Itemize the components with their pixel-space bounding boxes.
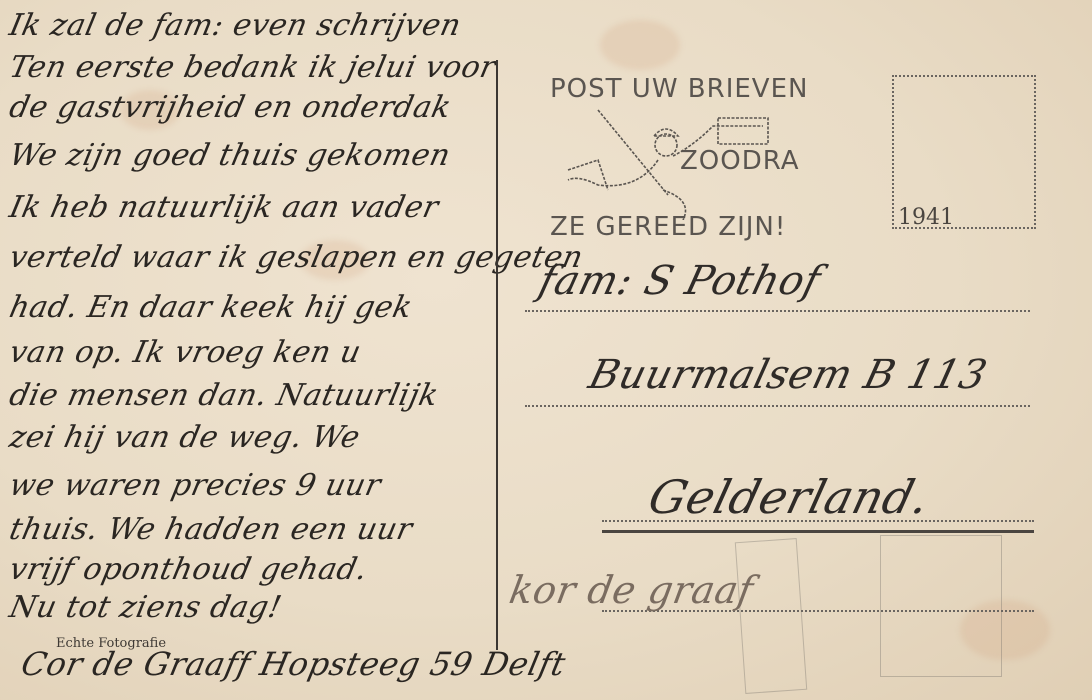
recipient-name: fam: S Pothof <box>534 258 825 304</box>
message-line: vrijf oponthoud gehad. <box>6 552 370 587</box>
message-line: de gastvrijheid en onderdak <box>6 90 454 125</box>
age-stain <box>600 20 680 70</box>
message-line: We zijn goed thuis gekomen <box>6 138 453 173</box>
divider-line <box>496 60 498 650</box>
message-line: die mensen dan. Natuurlijk <box>6 378 441 413</box>
recipient-street: Buurmalsem B 113 <box>584 352 991 398</box>
postmark-year: 1941 <box>898 205 954 230</box>
message-line: thuis. We hadden een uur <box>6 512 415 547</box>
message-line: we waren precies 9 uur <box>6 468 384 503</box>
postmark-line-2: ZOODRA <box>680 146 800 176</box>
message-line: had. En daar keek hij gek <box>6 290 415 325</box>
message-line: Ik zal de fam: even schrijven <box>6 8 464 43</box>
postmark-line-3: ZE GEREED ZIJN! <box>550 212 786 242</box>
pencil-sketch <box>735 538 807 694</box>
postcard-back: Ik zal de fam: even schrijven Ten eerste… <box>0 0 1092 700</box>
message-line: Nu tot ziens dag! <box>6 590 285 625</box>
pencil-sketch <box>880 535 1002 677</box>
message-line: Ik heb natuurlijk aan vader <box>6 190 442 225</box>
message-line: verteld waar ik geslapen en gegeten <box>6 240 586 275</box>
address-line <box>525 405 1030 407</box>
address-line <box>525 310 1030 312</box>
recipient-province: Gelderland. <box>643 470 935 524</box>
sender-signature: Cor de Graaff Hopsteeg 59 Delft <box>18 645 569 683</box>
message-line: zei hij van de weg. We <box>6 420 363 455</box>
postmark-slogan: POST UW BRIEVEN ZOODRA ZE GEREED ZIJN! <box>548 70 838 250</box>
address-underline <box>602 530 1034 533</box>
message-line: Ten eerste bedank ik jelui voor <box>6 50 499 85</box>
message-line: van op. Ik vroeg ken u <box>6 335 364 370</box>
pencil-note: kor de graaf <box>506 568 757 612</box>
